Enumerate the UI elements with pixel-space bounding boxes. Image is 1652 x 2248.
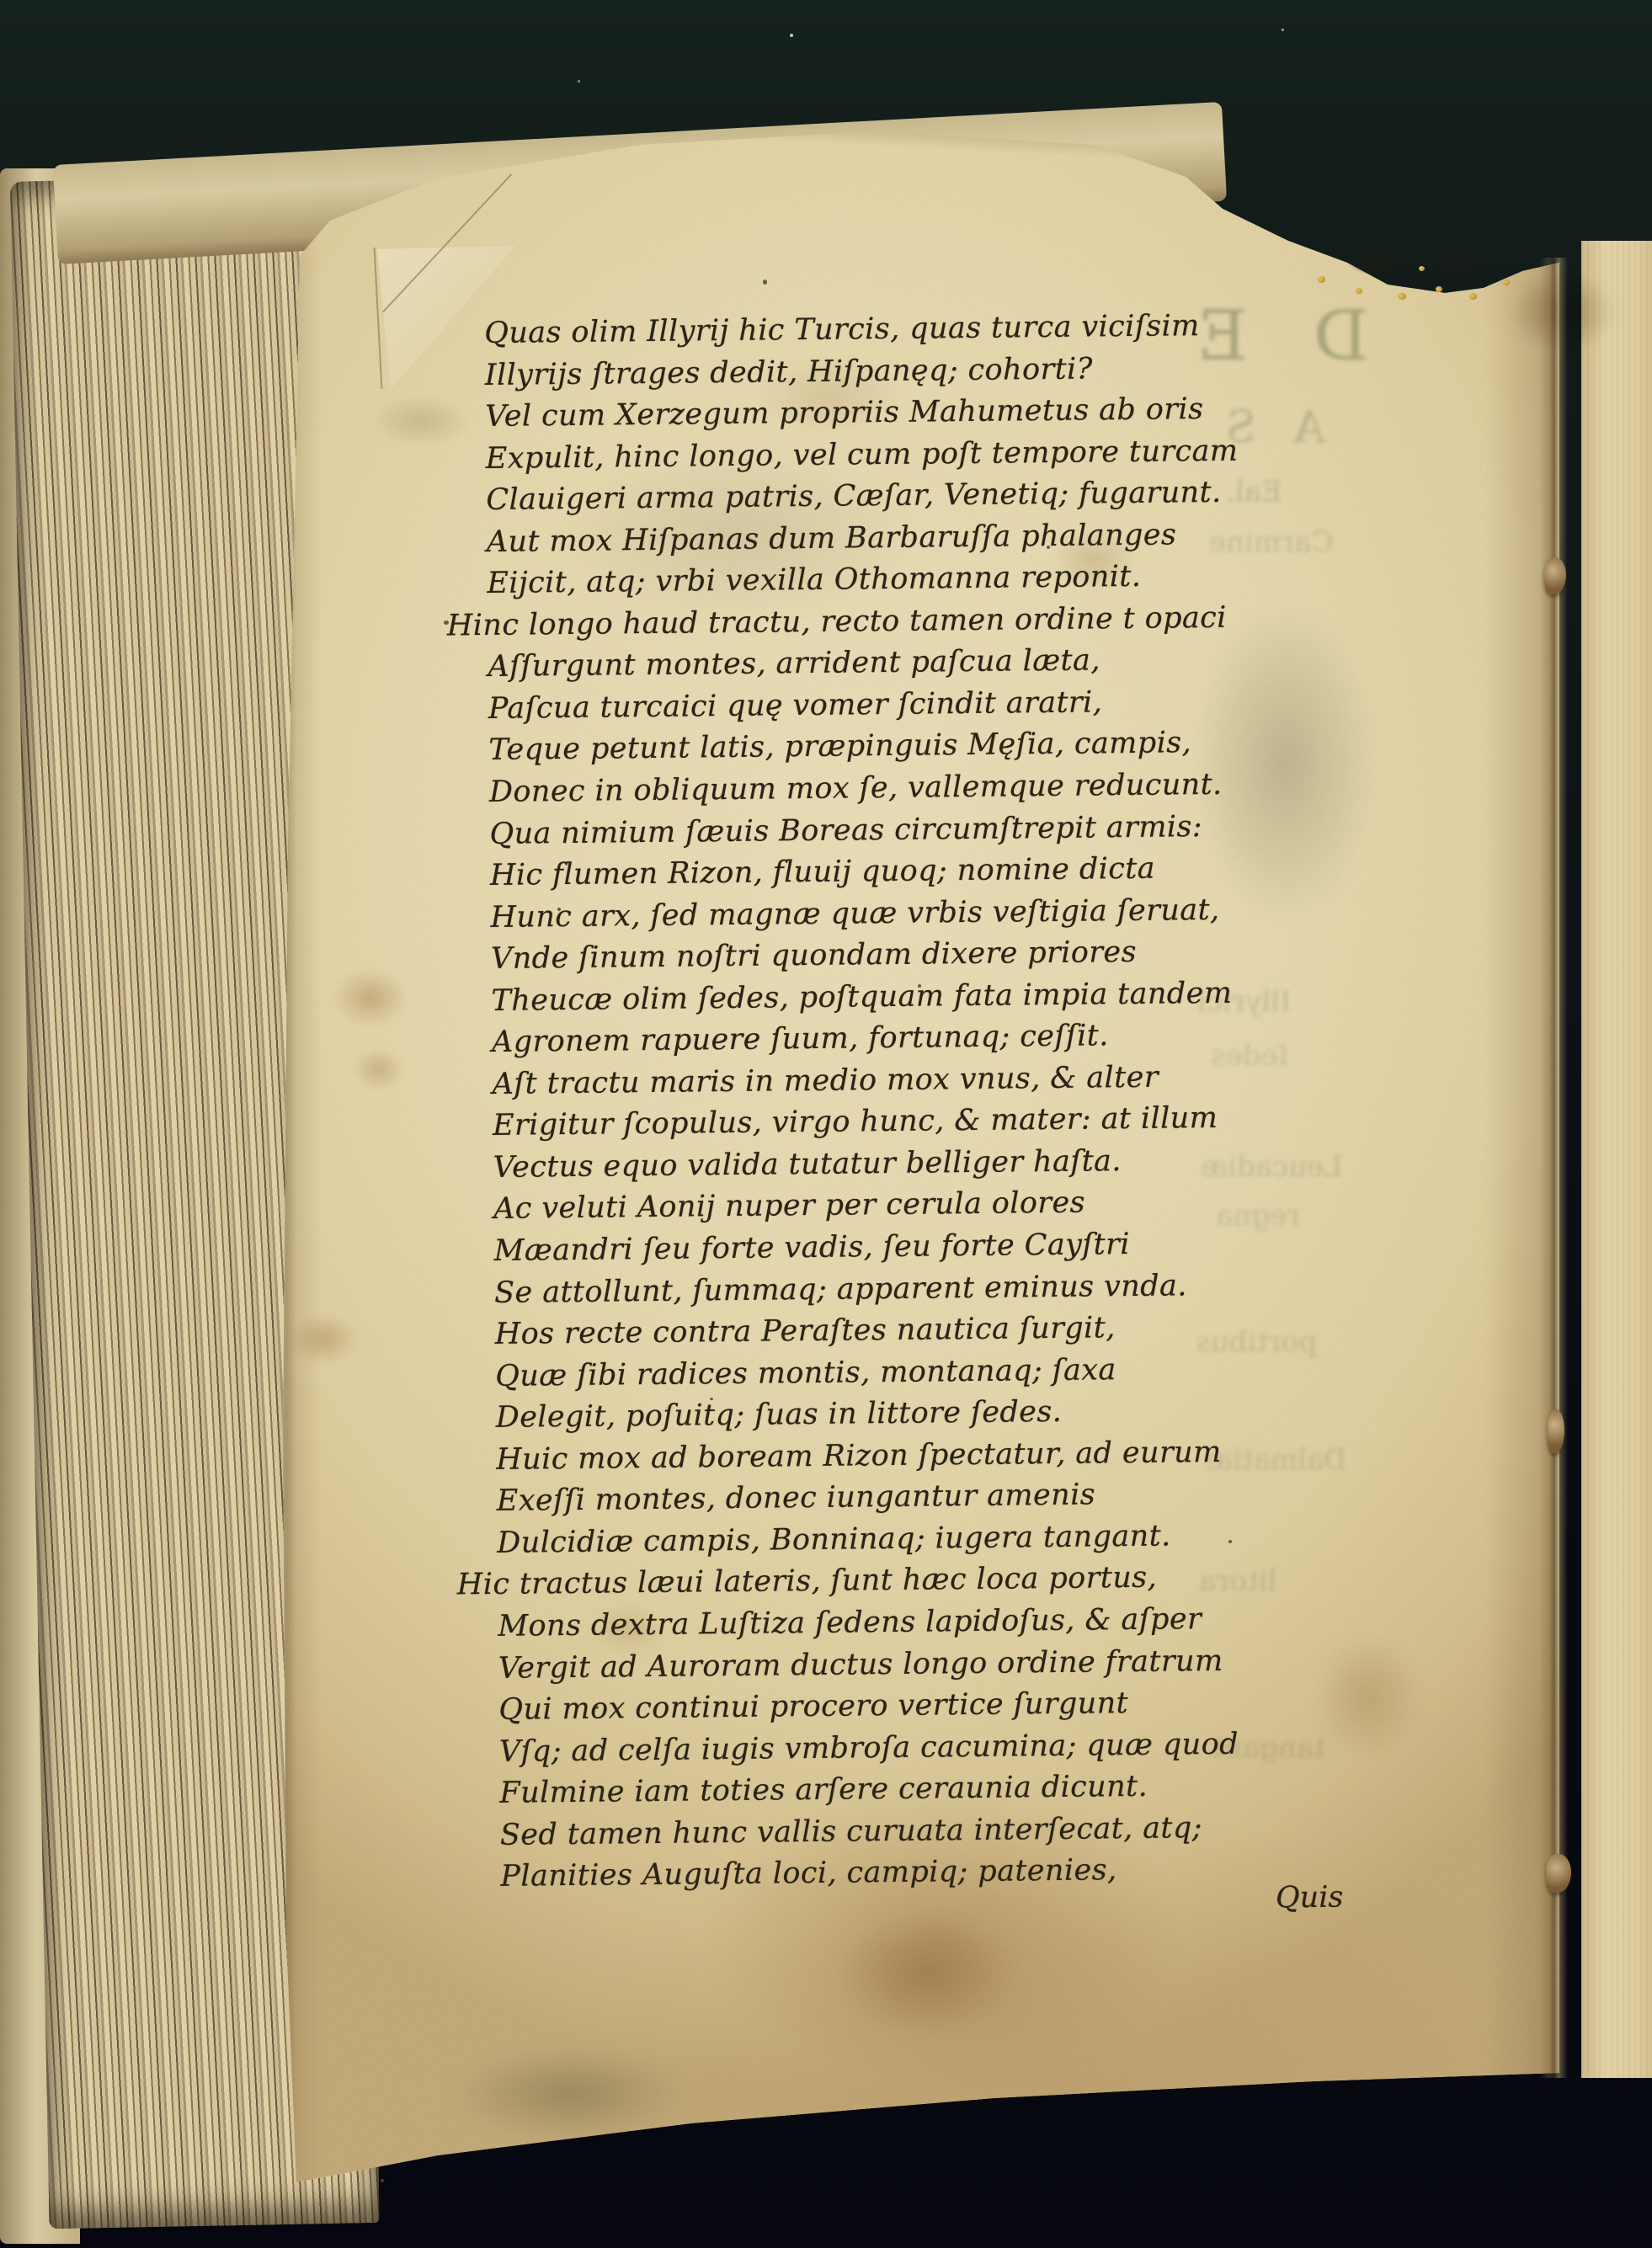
ghost-smudge xyxy=(451,2048,687,2140)
catchword: Quis xyxy=(1276,1881,1344,1915)
torn-edge-notch xyxy=(1347,248,1415,276)
gilt-fleck xyxy=(1356,288,1362,294)
poem-lines: Quas olim Illyrij hic Turcis, quas turca… xyxy=(484,302,1562,1899)
dust-speck xyxy=(578,80,580,83)
speck xyxy=(763,280,767,285)
photographed-book-page: D E A S Eal. Carmine Illyrici ſedes Leuc… xyxy=(0,0,1652,2248)
gilt-fleck xyxy=(1398,293,1406,300)
gilt-fleck xyxy=(1318,276,1325,283)
gilt-fleck xyxy=(1436,286,1442,292)
adjacent-page-sliver xyxy=(1581,241,1652,2078)
dust-speck xyxy=(790,34,793,37)
gilt-fleck xyxy=(1503,280,1510,285)
main-page: D E A S Eal. Carmine Illyrici ſedes Leuc… xyxy=(283,131,1559,2182)
gilt-fleck xyxy=(1419,266,1425,271)
torn-edge-notch xyxy=(1428,254,1487,278)
gilt-fleck xyxy=(1469,293,1477,300)
dust-speck xyxy=(1282,29,1284,31)
